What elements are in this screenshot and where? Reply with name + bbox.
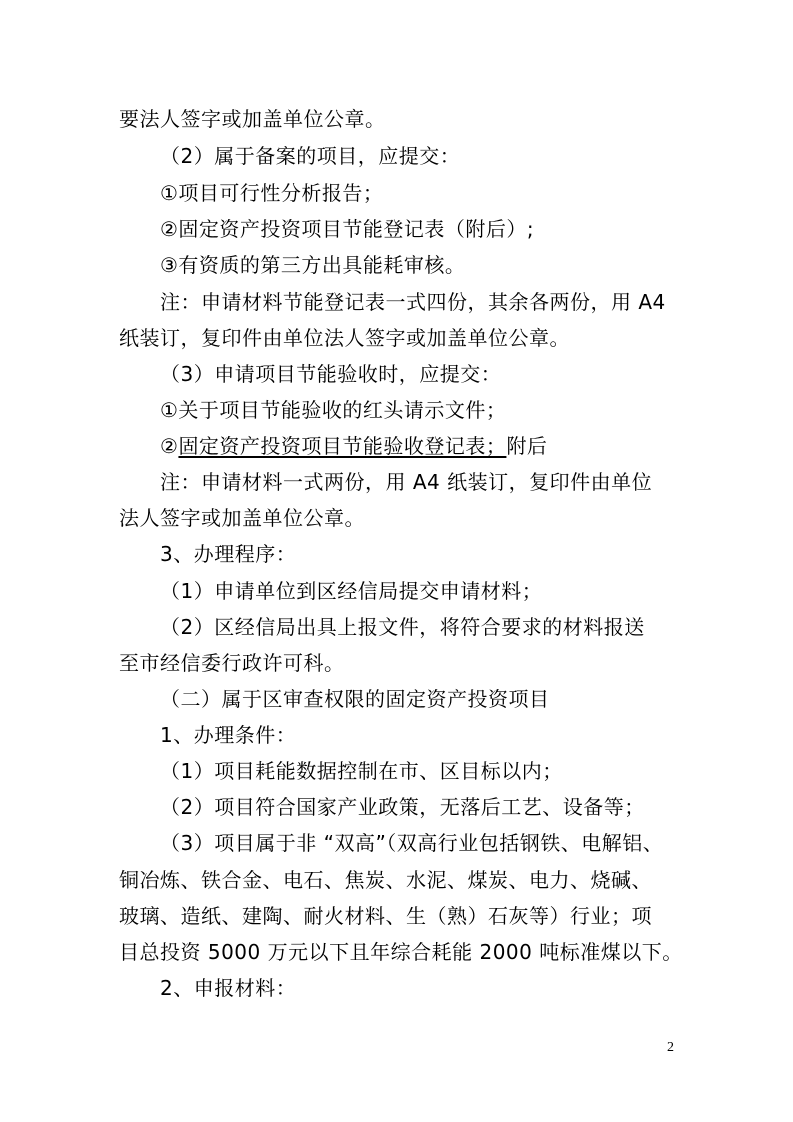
list-item: ②固定资产投资项目节能登记表（附后）; bbox=[160, 217, 534, 241]
list-item: （3）项目属于非 “双高”（双高行业包括钢铁、电解铝、 bbox=[160, 831, 663, 855]
subsection-heading: （3）申请项目节能验收时，应提交： bbox=[160, 362, 501, 386]
note-line: 注：申请材料一式两份，用 A4 纸装订，复印件由单位 bbox=[160, 470, 652, 494]
section-heading: 3、办理程序： bbox=[160, 542, 296, 566]
list-item: 玻璃、造纸、建陶、耐火材料、生（熟）石灰等）行业；项 bbox=[119, 904, 652, 928]
paragraph-line: 要法人签字或加盖单位公章。 bbox=[119, 107, 386, 131]
page-number: 2 bbox=[667, 1040, 674, 1056]
note-line: 注：申请材料节能登记表一式四份，其余各两份，用 A4 bbox=[160, 290, 666, 314]
list-item: （2）项目符合国家产业政策，无落后工艺、设备等； bbox=[160, 795, 645, 819]
document-page: 要法人签字或加盖单位公章。 （2）属于备案的项目，应提交： ①项目可行性分析报告… bbox=[0, 0, 793, 1122]
list-item: （1）申请单位到区经信局提交申请材料； bbox=[160, 579, 542, 603]
list-marker: ② bbox=[160, 434, 178, 458]
section-heading: （二）属于区审查权限的固定资产投资项目 bbox=[160, 687, 550, 711]
list-item: ①关于项目节能验收的红头请示文件； bbox=[160, 398, 506, 422]
note-line: 法人签字或加盖单位公章。 bbox=[119, 506, 365, 530]
list-item: 目总投资 5000 万元以下且年综合耗能 2000 吨标准煤以下。 bbox=[119, 940, 683, 964]
section-heading: 2、申报材料： bbox=[160, 976, 296, 1000]
section-heading: 1、办理条件： bbox=[160, 723, 296, 747]
underlined-form-name: 固定资产投资项目节能验收登记表； bbox=[178, 434, 506, 458]
list-item: ③有资质的第三方出具能耗审核。 bbox=[160, 253, 465, 277]
appendix-note: 附后 bbox=[506, 434, 547, 458]
list-item: ②固定资产投资项目节能验收登记表；附后 bbox=[160, 434, 547, 458]
list-item: 铜冶炼、铁合金、电石、焦炭、水泥、煤炭、电力、烧碱、 bbox=[119, 868, 652, 892]
list-item: ①项目可行性分析报告； bbox=[160, 181, 383, 205]
list-item: （1）项目耗能数据控制在市、区目标以内； bbox=[160, 759, 563, 783]
note-line: 纸装订，复印件由单位法人签字或加盖单位公章。 bbox=[119, 326, 570, 350]
list-item: 至市经信委行政许可科。 bbox=[119, 651, 345, 675]
list-item: （2）区经信局出具上报文件，将符合要求的材料报送 bbox=[160, 615, 645, 639]
subsection-heading: （2）属于备案的项目，应提交： bbox=[160, 144, 460, 168]
